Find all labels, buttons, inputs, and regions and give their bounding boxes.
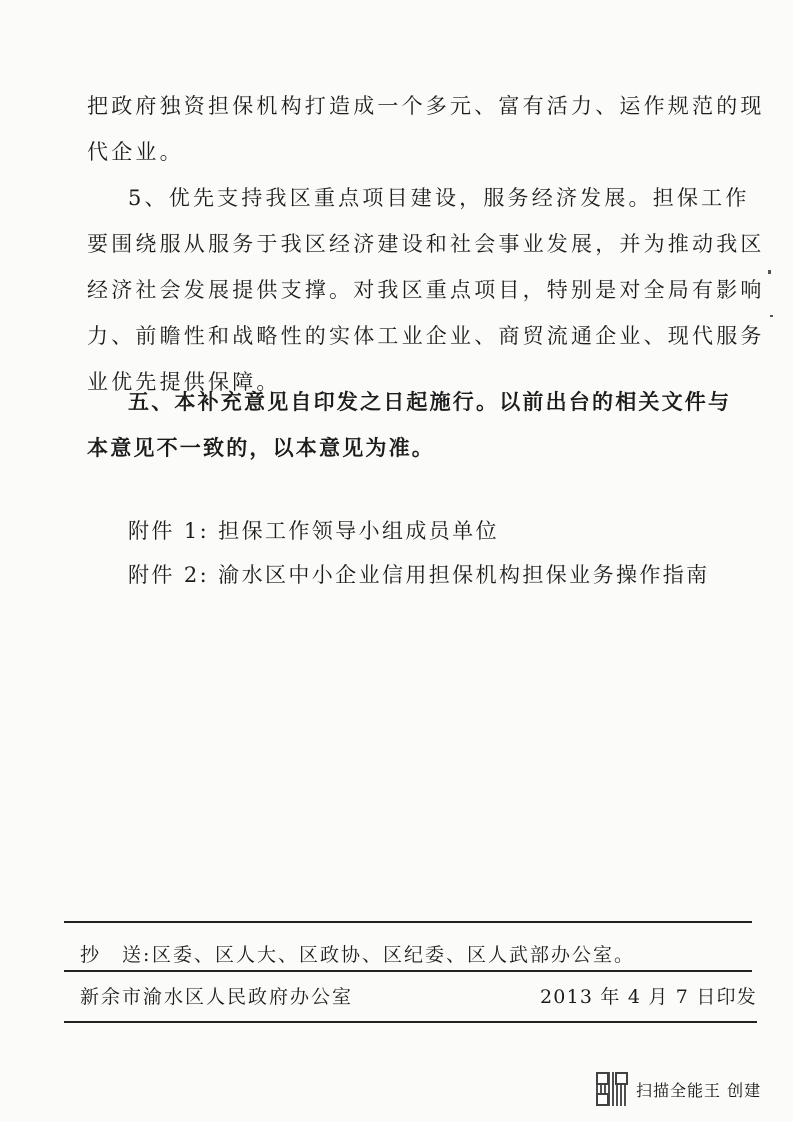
scan-mark — [768, 270, 771, 274]
footer-rule-top — [64, 921, 752, 923]
cc-label: 抄 送: — [80, 940, 151, 967]
body-line: 经济社会发展提供支撑。对我区重点项目，特别是对全局有影响 — [87, 274, 765, 304]
body-line: 要围绕服从服务于我区经济建设和社会事业发展，并为推动我区 — [87, 228, 765, 258]
scanner-watermark: 扫描全能王 创建 — [596, 1072, 761, 1106]
issue-date: 2013 年 4 月 7 日印发 — [540, 982, 757, 1009]
issuer: 新余市渝水区人民政府办公室 — [80, 982, 353, 1009]
section-5-heading: 五、本补充意见自印发之日起施行。以前出台的相关文件与 — [128, 386, 731, 416]
attachment-2: 附件 2: 渝水区中小企业信用担保机构担保业务操作指南 — [128, 559, 710, 589]
scan-mark — [770, 315, 773, 317]
attachment-1: 附件 1: 担保工作领导小组成员单位 — [128, 515, 499, 545]
footer-rule-middle — [64, 970, 752, 972]
cc-recipients: 区委、区人大、区政协、区纪委、区人武部办公室。 — [152, 940, 635, 967]
qr-code-icon — [596, 1072, 628, 1106]
body-line: 把政府独资担保机构打造成一个多元、富有活力、运作规范的现 — [87, 90, 765, 120]
footer-rule-bottom — [64, 1021, 757, 1023]
section-5-line: 本意见不一致的，以本意见为准。 — [87, 432, 435, 462]
item-5-heading: 5、优先支持我区重点项目建设，服务经济发展。担保工作 — [128, 182, 750, 212]
watermark-text: 扫描全能王 创建 — [636, 1078, 761, 1101]
body-line: 力、前瞻性和战略性的实体工业企业、商贸流通企业、现代服务 — [87, 320, 765, 350]
body-line: 代企业。 — [87, 136, 184, 166]
